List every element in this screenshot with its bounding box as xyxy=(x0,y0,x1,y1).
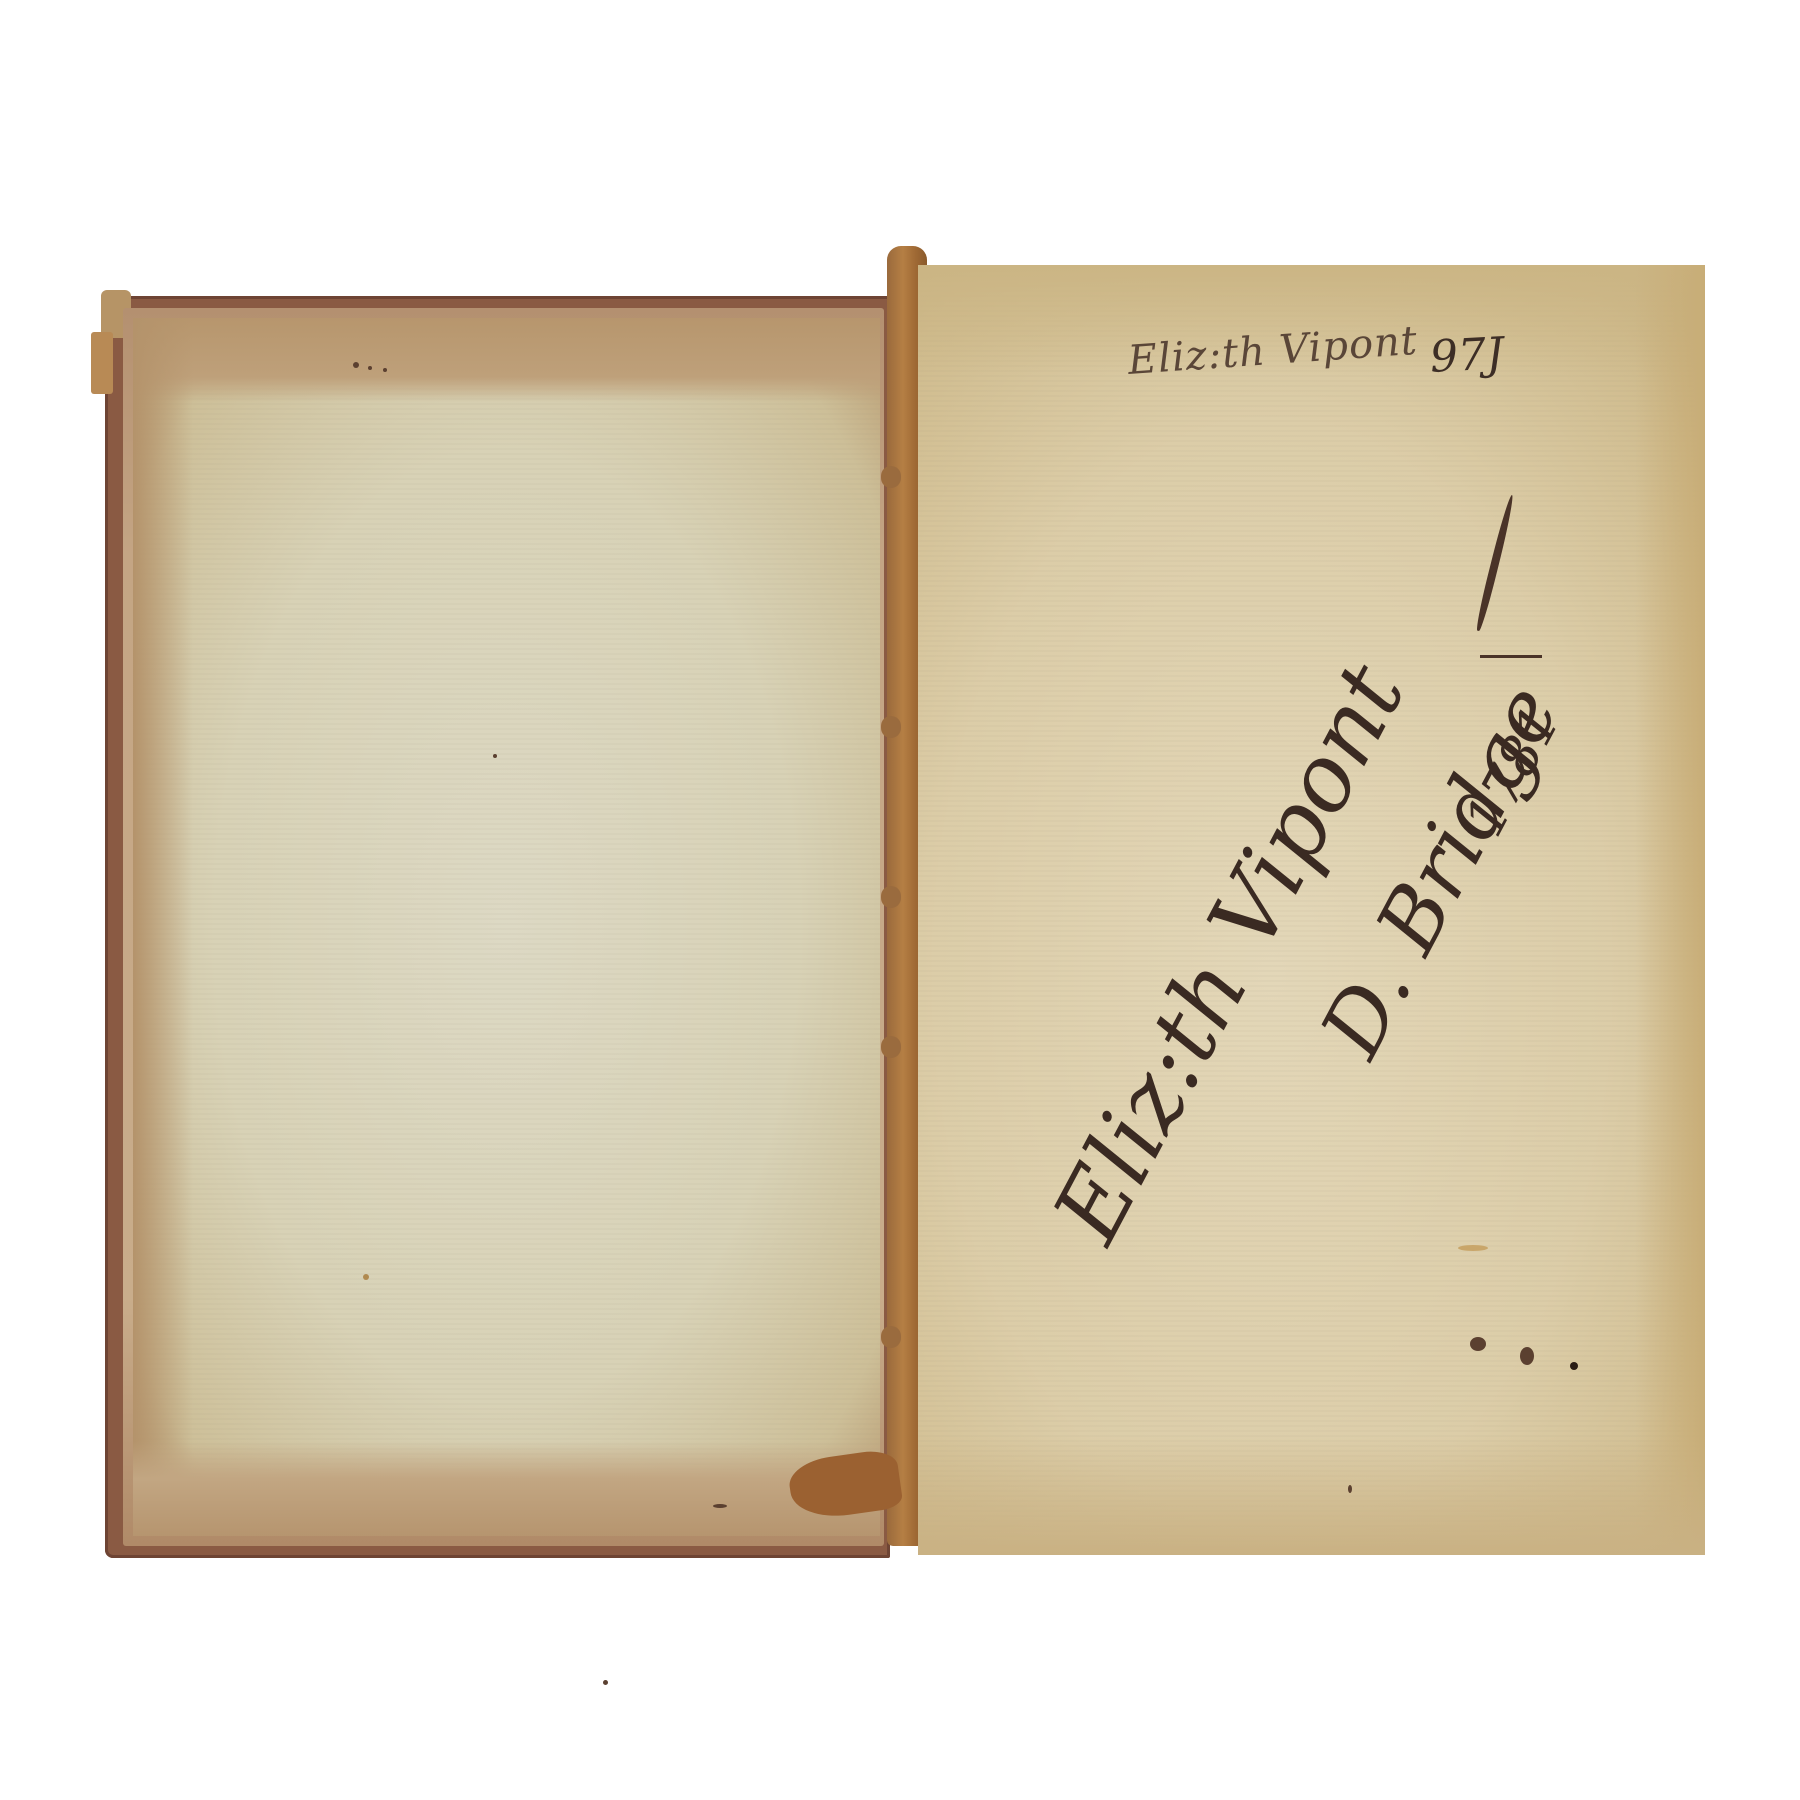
pen-flourish-tail xyxy=(1480,655,1542,658)
leather-tab xyxy=(91,332,113,394)
foxing-spot xyxy=(1458,1245,1488,1251)
right-stain xyxy=(1635,265,1705,1555)
left-stain xyxy=(133,318,193,1536)
foxing-spot xyxy=(353,362,359,368)
foxing-spot xyxy=(713,1504,727,1508)
foxing-spot xyxy=(383,368,387,372)
spine-band xyxy=(881,716,901,738)
ink-blot xyxy=(1570,1362,1578,1370)
ink-blot xyxy=(1520,1347,1534,1365)
spine-band xyxy=(881,1326,901,1348)
foxing-spot xyxy=(363,1274,369,1280)
laid-paper-texture xyxy=(133,318,880,1536)
book-photo: Eliz:th Vipont 97J Eliz:th Vipont D. Bri… xyxy=(0,0,1800,1800)
foxing-spot xyxy=(493,754,497,758)
spine-band xyxy=(881,886,901,908)
spine-band xyxy=(881,466,901,488)
foxing-spot xyxy=(1348,1485,1352,1493)
top-stain xyxy=(133,318,880,402)
ink-blot xyxy=(1470,1337,1486,1351)
foxing-spot xyxy=(368,366,372,370)
pastedown-page xyxy=(133,318,880,1536)
bottom-stain xyxy=(918,1435,1705,1555)
front-cover-board xyxy=(105,296,890,1558)
inscription-shelf-mark: 97J xyxy=(1429,328,1505,383)
spine-band xyxy=(881,1036,901,1058)
bottom-stain xyxy=(133,1441,880,1536)
foxing-spot xyxy=(603,1680,608,1685)
